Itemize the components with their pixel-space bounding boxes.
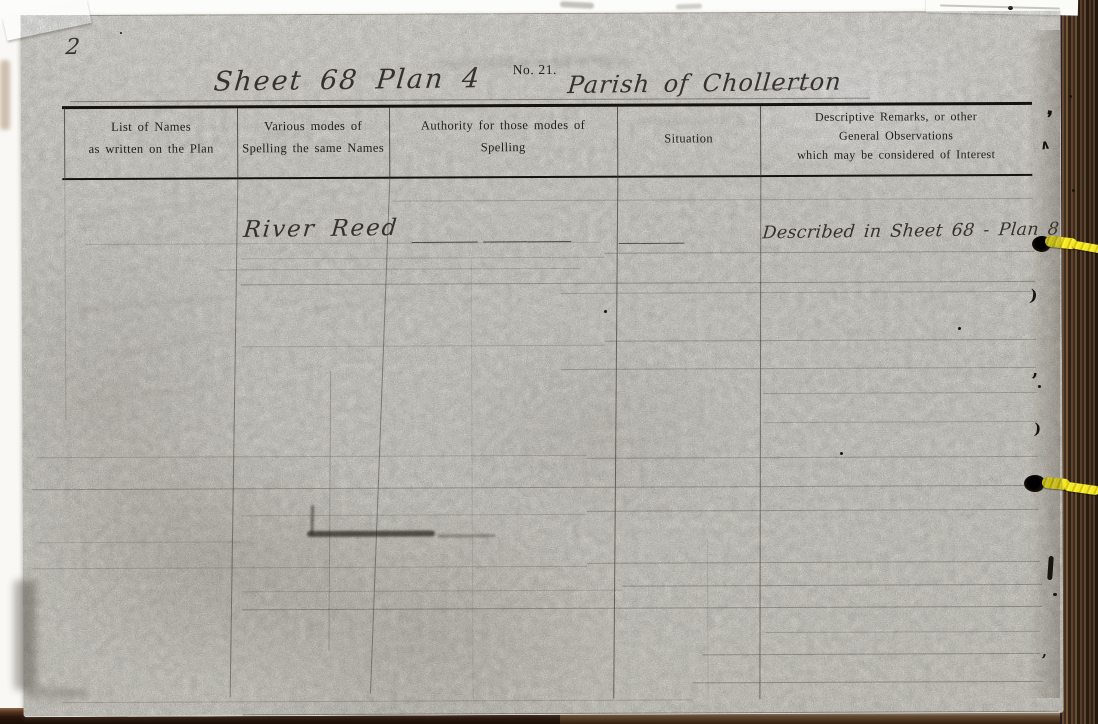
bleed-through-ghost xyxy=(82,383,221,404)
entry-remarks: Described in Sheet 68 - Plan 8 xyxy=(762,219,1061,243)
paper-stain xyxy=(14,580,36,690)
ruled-line xyxy=(605,339,1036,342)
parish-handwritten: Parish of Chollerton xyxy=(567,68,844,100)
paper-crease-1 xyxy=(471,260,474,700)
header-top-thin-line xyxy=(70,98,870,102)
header-line: Authority for those modes of xyxy=(390,114,616,137)
body-divider-1 xyxy=(230,179,239,697)
ink-smudge-tail xyxy=(438,534,496,537)
ruled-line xyxy=(765,631,1040,633)
ruled-line xyxy=(243,711,1059,716)
ruled-line xyxy=(37,455,587,458)
entry-name: River Reed xyxy=(242,215,399,243)
ruled-line xyxy=(587,456,1038,459)
column-header-authority: Authority for those modes of Spelling xyxy=(390,114,616,159)
header-line: General Observations xyxy=(761,126,1031,146)
ruled-line xyxy=(763,392,1037,394)
ruled-line xyxy=(32,566,587,569)
ruled-line xyxy=(37,541,240,543)
ruled-line xyxy=(219,268,581,271)
ruled-line xyxy=(242,606,1042,610)
ruled-line xyxy=(63,699,693,703)
header-line: Various modes of xyxy=(238,115,388,138)
body-divider-4 xyxy=(759,177,761,699)
ink-speck xyxy=(1053,593,1057,596)
ruled-line xyxy=(693,681,1043,684)
ruled-line xyxy=(561,367,1036,370)
header-line: Descriptive Remarks, or other xyxy=(761,107,1031,127)
page-content: 2 No. 21. Sheet 68 Plan 4 Parish of Chol… xyxy=(0,0,1098,724)
column-header-list-of-names: List of Names as written on the Plan xyxy=(66,115,236,160)
paper-stain xyxy=(676,4,702,10)
ink-blot-mark: ∧ xyxy=(1039,137,1052,153)
header-bottom-border xyxy=(62,174,1032,180)
ruled-line xyxy=(32,485,1042,490)
ink-blot-mark: , xyxy=(1032,360,1038,381)
ruled-line xyxy=(587,509,1039,512)
ruled-line xyxy=(763,421,1037,423)
ink-speck xyxy=(1038,385,1041,388)
column-header-various-modes: Various modes of Spelling the same Names xyxy=(238,115,388,160)
header-line: Situation xyxy=(618,127,759,150)
column-header-situation: Situation xyxy=(618,127,759,150)
page-number: 2 xyxy=(65,35,81,60)
ruled-line xyxy=(392,198,1032,202)
body-divider-2 xyxy=(370,179,390,694)
ruled-line xyxy=(241,281,1035,285)
bleed-through-ghost xyxy=(112,328,240,359)
bleed-through-ghost xyxy=(122,424,221,443)
ink-smudge-horizontal xyxy=(307,531,435,538)
ink-blot-mark: , xyxy=(1042,644,1047,660)
bleed-through-ghost xyxy=(71,294,231,313)
paper-stain xyxy=(26,688,86,698)
ink-speck xyxy=(120,32,122,34)
ink-speck xyxy=(958,327,961,330)
bleed-through-ghost xyxy=(76,199,225,218)
paper-stain xyxy=(0,60,10,130)
pen-stroke: ——— xyxy=(618,236,684,249)
header-line: as written on the Plan xyxy=(66,137,236,160)
ruled-line xyxy=(241,257,605,260)
ink-speck xyxy=(604,310,607,313)
ruled-line xyxy=(242,590,622,593)
ruled-line xyxy=(242,514,587,517)
header-line: List of Names xyxy=(66,115,236,138)
bleed-through-ghost xyxy=(640,118,740,126)
ink-speck xyxy=(1072,189,1075,192)
header-line: which may be considered of Interest xyxy=(761,145,1031,165)
ruled-line xyxy=(561,291,1036,294)
ruled-line xyxy=(622,584,1042,587)
ruled-line xyxy=(587,561,1040,564)
bleed-through-ghost xyxy=(301,292,420,313)
header-line: Spelling xyxy=(390,136,616,159)
column-header-remarks: Descriptive Remarks, or other General Ob… xyxy=(761,107,1031,165)
header-line: Spelling the same Names xyxy=(238,137,388,160)
scanned-record-book-page: 2 No. 21. Sheet 68 Plan 4 Parish of Chol… xyxy=(0,0,1098,724)
ink-speck xyxy=(1069,95,1072,98)
ink-speck xyxy=(840,452,843,455)
ruled-line xyxy=(241,345,605,348)
bleed-through-ghost xyxy=(96,226,215,250)
ruled-line xyxy=(702,653,1040,655)
body-left-border xyxy=(64,180,66,420)
